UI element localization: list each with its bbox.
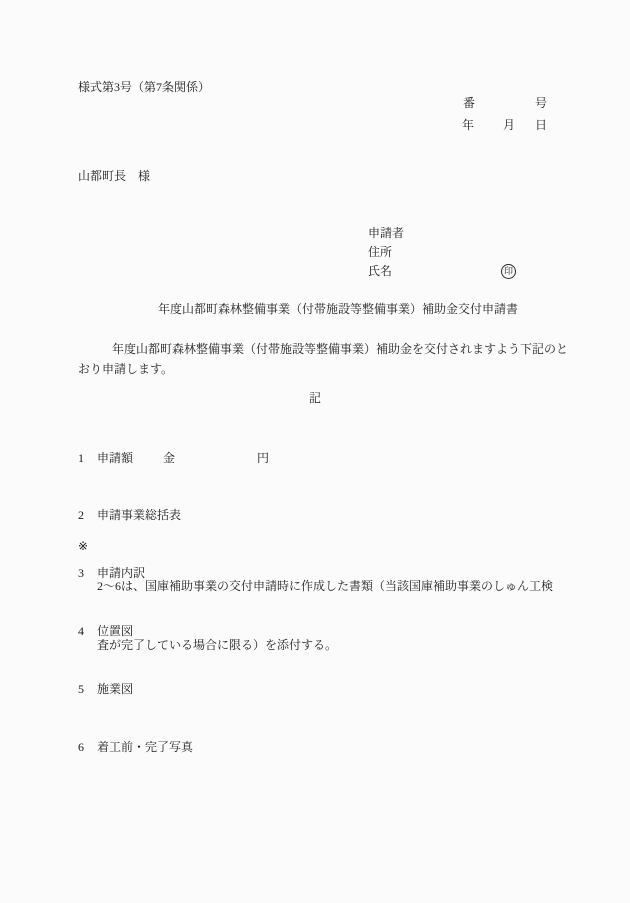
list-item: 1申請額金円 (78, 449, 269, 468)
list-item: 6着工前・完了写真 (78, 738, 269, 757)
note-text: 2～6は、国庫補助事業の交付申請時に作成した書類（当該国庫補助事業のしゅん工検 … (97, 537, 553, 695)
note-line-1: 2～6は、国庫補助事業の交付申請時に作成した書類（当該国庫補助事業のしゅん工検 (97, 577, 553, 597)
form-number: 様式第3号（第7条関係） (78, 80, 210, 94)
application-form-page: 様式第3号（第7条関係） 番 号 年 月 日 山都町長 様 申請者 住所 氏名 … (0, 0, 630, 903)
date-year-label: 年 (462, 118, 474, 132)
item-number: 1 (78, 449, 97, 468)
amount-unit-label: 円 (257, 451, 269, 465)
body-paragraph-line-2: おり申請します。 (78, 362, 173, 376)
applicant-heading: 申請者 (368, 226, 404, 240)
date-month-label: 月 (503, 118, 515, 132)
note-line-2: 査が完了している場合に限る）を添付する。 (97, 636, 553, 656)
record-heading: 記 (0, 391, 630, 405)
applicant-address-label: 住所 (368, 245, 392, 259)
addressee: 山都町長 様 (78, 169, 150, 183)
item-number: 6 (78, 738, 97, 757)
note: ※ 2～6は、国庫補助事業の交付申請時に作成した書類（当該国庫補助事業のしゅん工… (78, 537, 553, 695)
applicant-name-label: 氏名 (368, 264, 392, 278)
item-label: 申請事業総括表 (97, 508, 181, 522)
item-label: 申請額 (97, 449, 163, 468)
item-number: 2 (78, 506, 97, 525)
document-title: 年度山都町森林整備事業（付帯施設等整備事業）補助金交付申請書 (158, 302, 518, 316)
doc-number-label: 番 (463, 96, 475, 110)
note-marker: ※ (78, 537, 97, 695)
list-item: 2申請事業総括表 (78, 506, 269, 525)
seal-mark-icon: 印 (501, 264, 516, 279)
date-day-label: 日 (535, 118, 547, 132)
doc-number-suffix: 号 (535, 96, 547, 110)
item-label: 着工前・完了写真 (97, 740, 193, 754)
body-paragraph-line-1: 年度山都町森林整備事業（付帯施設等整備事業）補助金を交付されますよう下記のと (112, 342, 568, 356)
amount-prefix-label: 金 (163, 451, 175, 465)
